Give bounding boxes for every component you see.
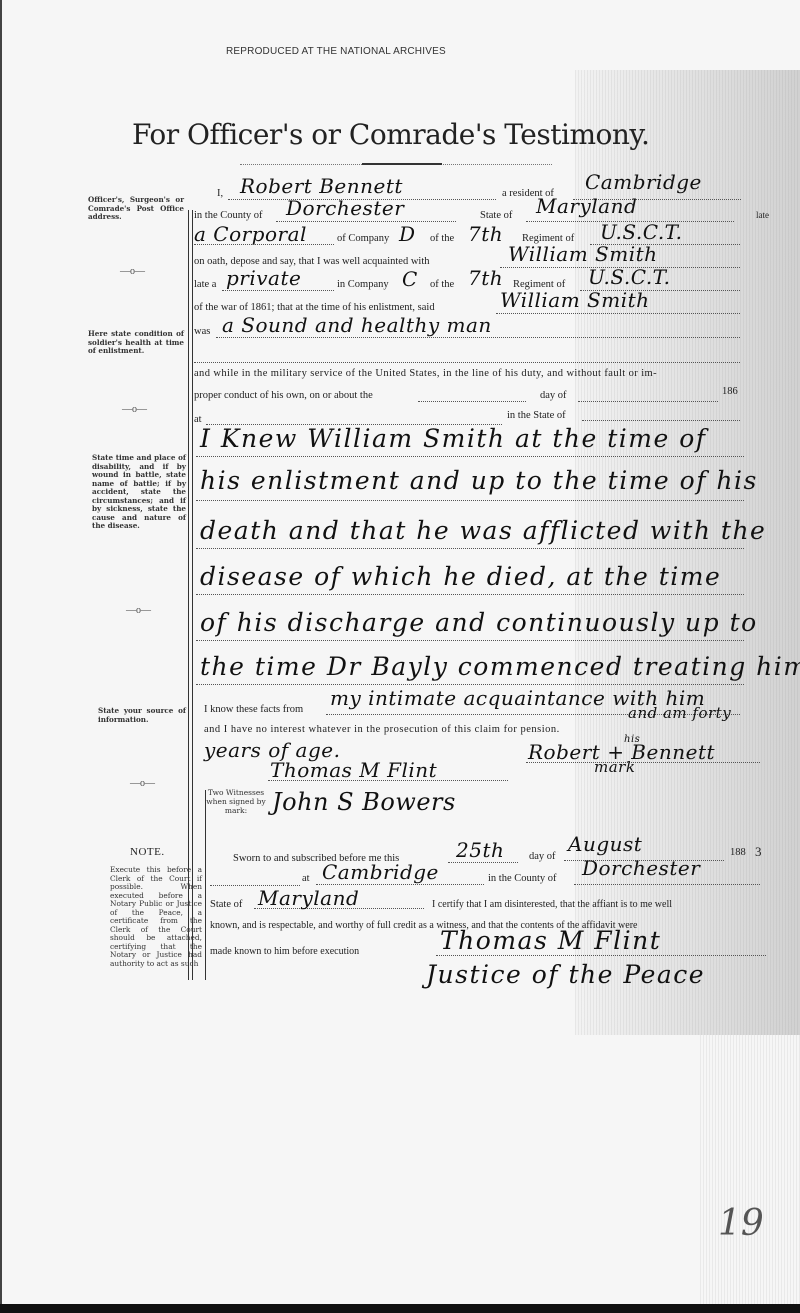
note-heading: NOTE. (130, 846, 165, 858)
label-company: in Company (337, 279, 389, 290)
no-interest-text: and I have no interest whatever in the p… (204, 724, 560, 735)
witness-signature-2: John S Bowers (272, 788, 456, 816)
field-line (196, 548, 744, 549)
signature-mark: mark (594, 758, 635, 776)
field-line (216, 337, 740, 338)
enlistment-text: of the war of 1861; that at the time of … (194, 302, 435, 313)
witness-signature-1: Thomas M Flint (270, 758, 437, 782)
label-was: was (194, 326, 210, 337)
label-state: State of (480, 210, 512, 221)
affiant-name: Robert Bennett (240, 174, 403, 198)
label-of-the: of the (430, 233, 454, 244)
page-edge-bottom (0, 1304, 800, 1313)
margin-note-health: Here state condition of soldier's health… (88, 330, 184, 356)
label-day-of: day of (540, 390, 567, 401)
field-line (194, 362, 740, 363)
ornament: —o— (122, 404, 147, 415)
soldier-name: William Smith (508, 242, 658, 266)
label-county: in the County of (194, 210, 263, 221)
soldier-company: C (402, 267, 418, 291)
label-county: in the County of (488, 873, 557, 884)
margin-note-source: State your source of information. (98, 707, 186, 724)
field-line (316, 884, 484, 885)
field-line (436, 955, 766, 956)
field-line (496, 313, 740, 314)
soldier-regiment-number: 7th (468, 266, 503, 290)
field-line (194, 244, 334, 245)
county: Dorchester (286, 196, 404, 220)
field-line (196, 500, 744, 501)
archive-stamp: REPRODUCED AT THE NATIONAL ARCHIVES (226, 46, 446, 57)
margin-note-address: Officer's, Surgeon's or Comrade's Post O… (88, 196, 184, 222)
official-title: Justice of the Peace (426, 960, 705, 989)
statement-line: the time Dr Bayly commenced treating him (200, 652, 800, 681)
label-late-a: late a (194, 279, 216, 290)
state: Maryland (536, 194, 637, 218)
soldier-regiment: U.S.C.T. (588, 265, 670, 289)
ornament: —o— (126, 605, 151, 616)
field-line (582, 420, 740, 421)
soldier-name-repeat: William Smith (500, 288, 650, 312)
field-line (574, 884, 760, 885)
label-facts-from: I know these facts from (204, 704, 303, 715)
jurat-divider (205, 790, 206, 980)
affiant-company: D (399, 222, 416, 246)
label-late: late (756, 210, 769, 220)
execution-text: made known to him before execution (210, 946, 359, 957)
label-i: I, (217, 188, 223, 199)
label-of-the: of the (430, 279, 454, 290)
affiant-regiment-number: 7th (468, 222, 503, 246)
field-line (222, 290, 334, 291)
label-year-186: 186 (722, 386, 738, 397)
witnesses-label: Two Witnesses when signed by mark: (206, 788, 266, 815)
title-rule-bold (362, 163, 442, 165)
field-line (448, 862, 518, 863)
document-title: For Officer's or Comrade's Testimony. (132, 118, 649, 151)
sworn-day: 25th (456, 838, 504, 862)
year-digit: 3 (755, 844, 762, 860)
scan-shading-lower (700, 1035, 800, 1305)
field-line (526, 762, 760, 763)
field-line (578, 401, 718, 402)
margin-note-disability: State time and place of disability, and … (92, 454, 186, 531)
sworn-state: Maryland (258, 886, 359, 910)
soldier-rank: private (226, 266, 301, 290)
year-prefix: 188 (730, 847, 746, 858)
conduct-text: proper conduct of his own, on or about t… (194, 390, 373, 401)
age-addendum: and am forty (628, 704, 731, 722)
page-edge (0, 0, 2, 1313)
sworn-month: August (568, 832, 642, 856)
note-body: Execute this before a Clerk of the Court… (110, 866, 202, 968)
label-at: at (302, 873, 310, 884)
service-text: and while in the military service of the… (194, 368, 657, 379)
label-state: State of (210, 899, 242, 910)
page-number: 19 (718, 1203, 764, 1244)
residence: Cambridge (585, 170, 702, 194)
statement-line: disease of which he died, at the time (200, 562, 721, 591)
certify-text: I certify that I am disinterested, that … (432, 899, 672, 910)
ornament: —o— (130, 778, 155, 789)
statement-line: I Knew William Smith at the time of (200, 424, 707, 453)
label-company: of Company (337, 233, 389, 244)
affiant-regiment: U.S.C.T. (600, 220, 682, 244)
sworn-county: Dorchester (582, 856, 700, 880)
field-line (268, 780, 508, 781)
sworn-place: Cambridge (322, 860, 439, 884)
field-line (196, 640, 744, 641)
field-line (196, 594, 744, 595)
ornament: —o— (120, 266, 145, 277)
statement-line: his enlistment and up to the time of his (200, 466, 758, 495)
field-line (418, 401, 526, 402)
statement-line: of his discharge and continuously up to (200, 608, 758, 637)
affiant-rank: a Corporal (194, 222, 307, 246)
statement-line: death and that he was afflicted with the (200, 516, 766, 545)
label-in-state: in the State of (507, 410, 566, 421)
field-line (196, 684, 744, 685)
official-signature: Thomas M Flint (440, 926, 661, 955)
health-condition: a Sound and healthy man (222, 313, 492, 337)
field-line (196, 456, 744, 457)
label-day-of: day of (529, 851, 556, 862)
